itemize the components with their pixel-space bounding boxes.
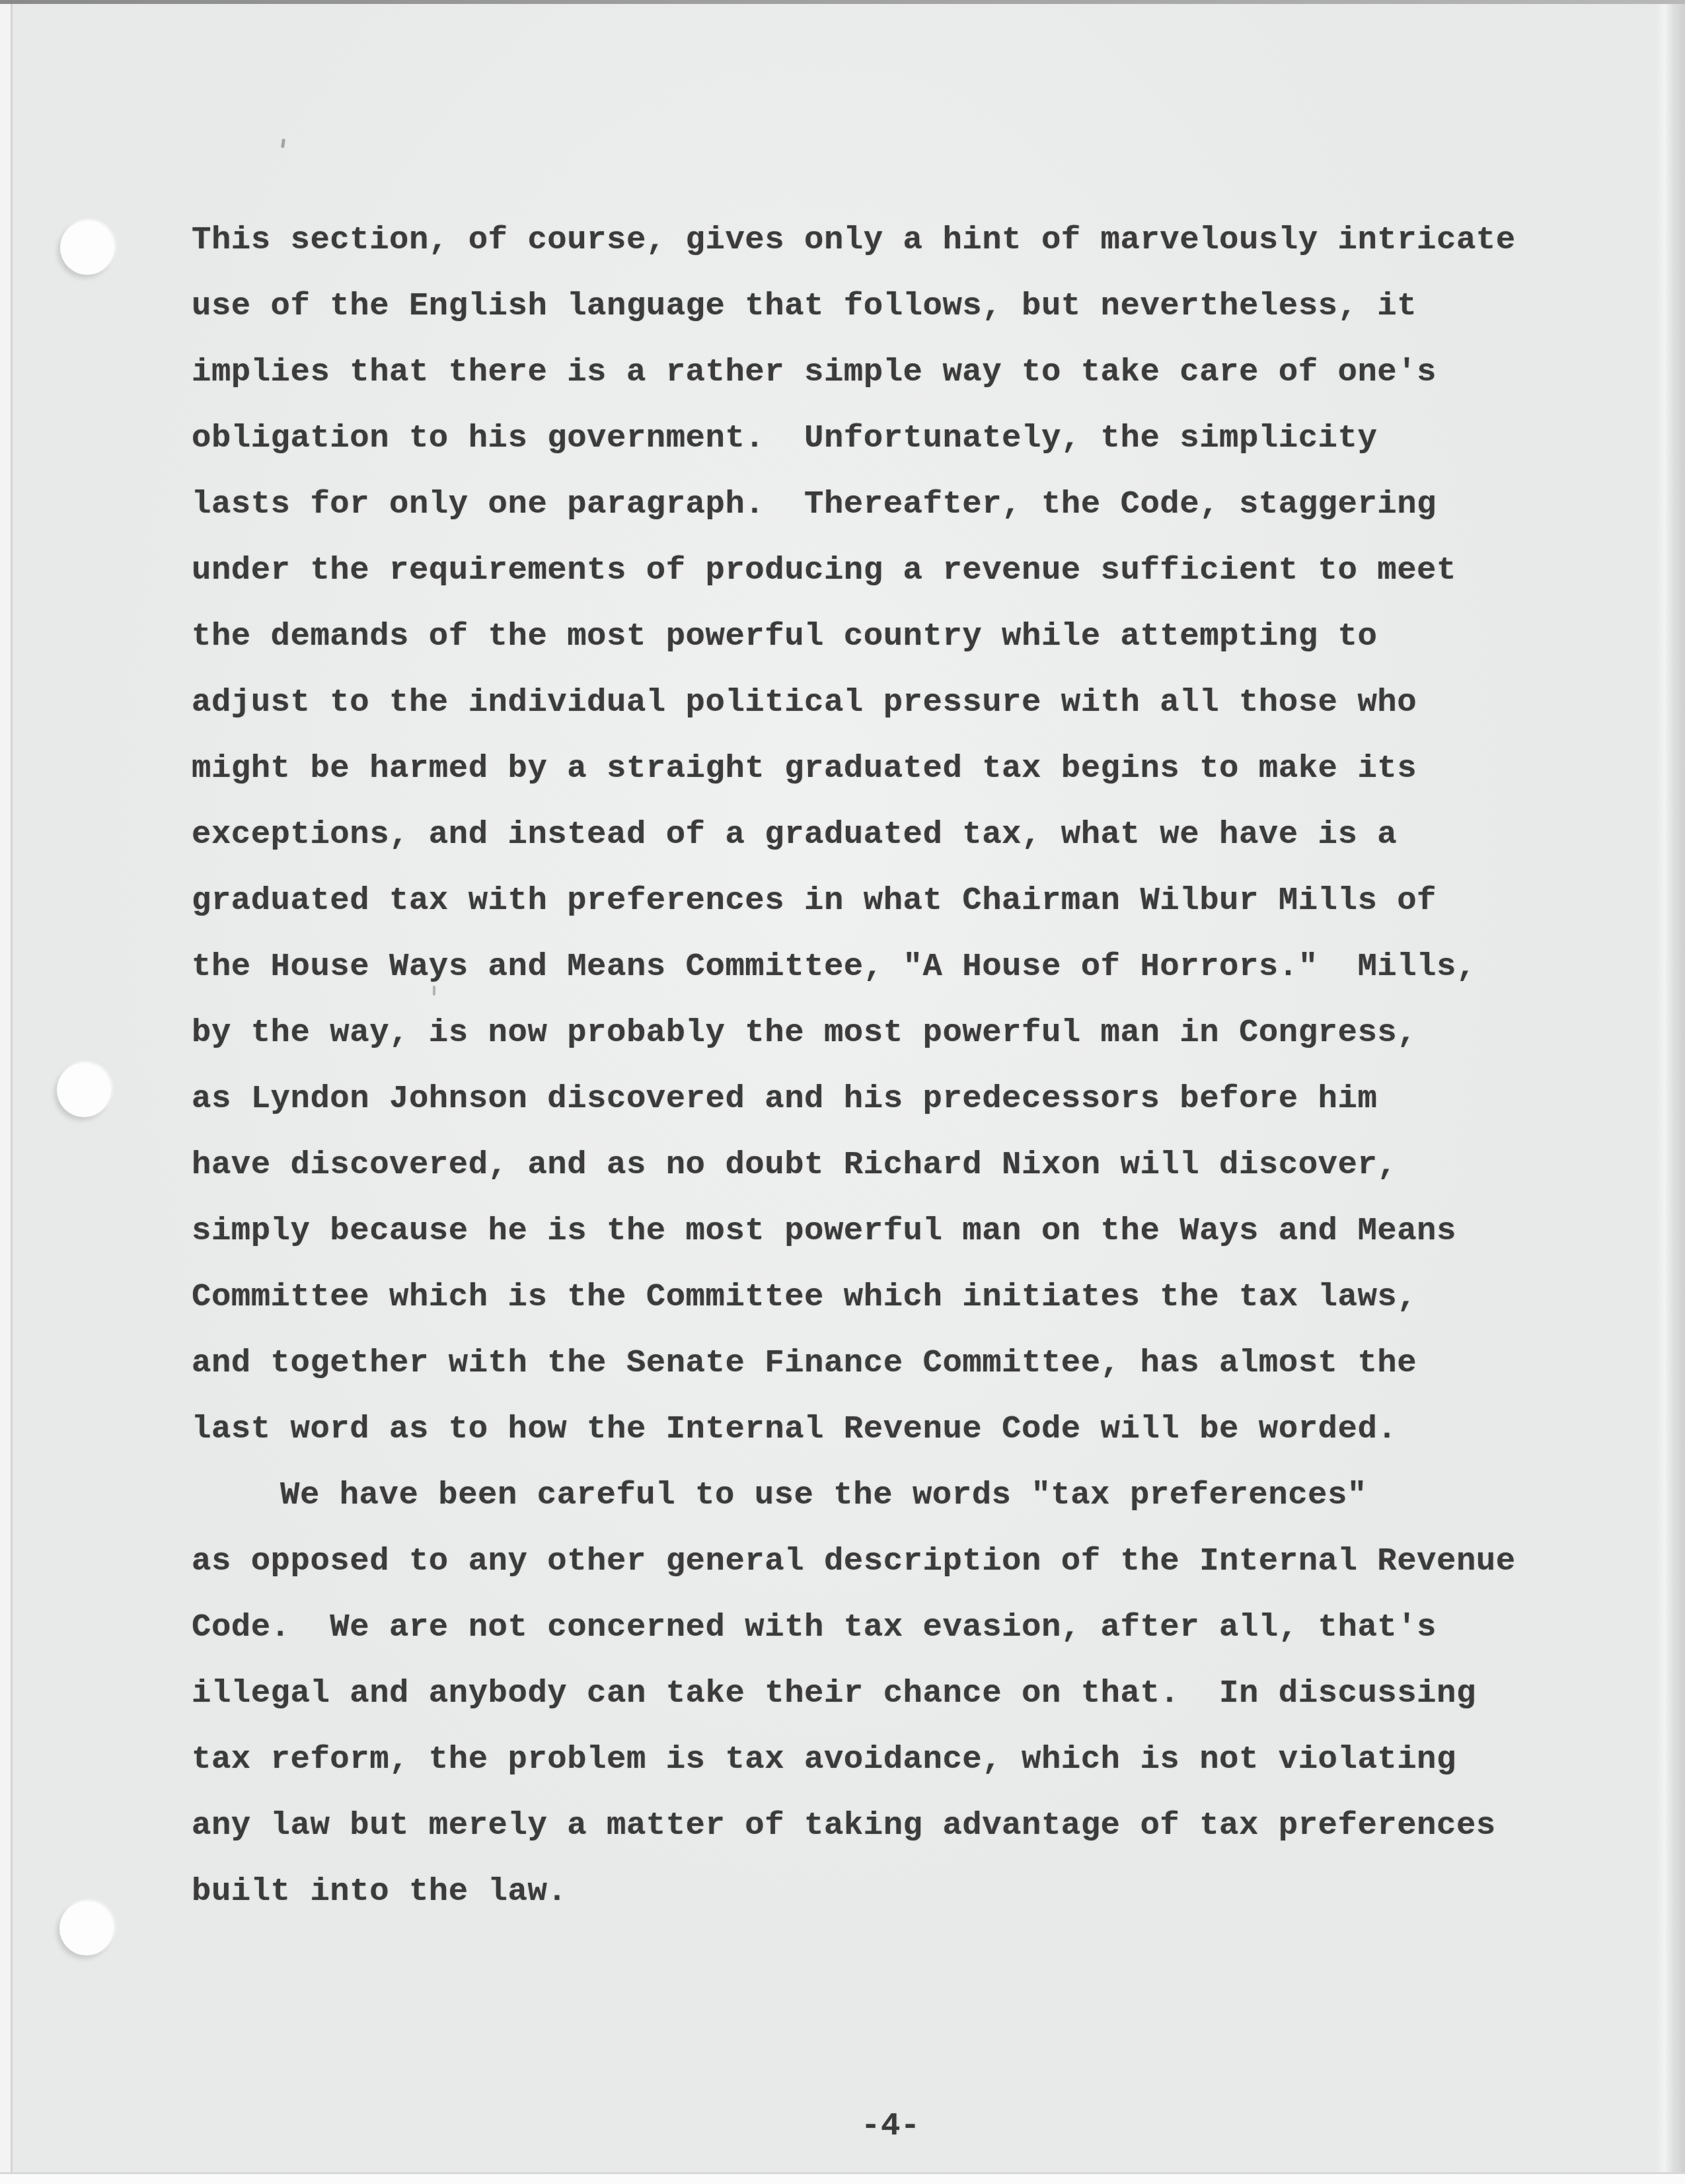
text-line: last word as to how the Internal Revenue… [192,1396,1579,1462]
text-line: built into the law. [192,1858,1579,1924]
hole-punch-top [60,221,114,275]
text-line: exceptions, and instead of a graduated t… [192,801,1579,867]
text-line: Code. We are not concerned with tax evas… [192,1594,1579,1660]
scanner-top-edge [0,0,1685,4]
page-number: -4- [861,2093,920,2159]
scanned-document: { "colors": { "paper": "#e9eaea", "ink":… [0,0,1685,2184]
hole-punch-middle [57,1063,111,1117]
text-line: Committee which is the Committee which i… [192,1264,1579,1330]
text-line: adjust to the individual political press… [192,669,1579,735]
text-line: illegal and anybody can take their chanc… [192,1660,1579,1726]
text-line: use of the English language that follows… [192,273,1579,339]
text-line: simply because he is the most powerful m… [192,1198,1579,1264]
text-line: by the way, is now probably the most pow… [192,1000,1579,1066]
text-line-paragraph-start: We have been careful to use the words "t… [192,1462,1579,1528]
paper-bottom-edge [0,2172,1685,2174]
text-line: the demands of the most powerful country… [192,603,1579,669]
text-line: might be harmed by a straight graduated … [192,735,1579,801]
text-line: as Lyndon Johnson discovered and his pre… [192,1066,1579,1132]
paper-right-edge-shadow [1656,4,1685,2173]
text-line: obligation to his government. Unfortunat… [192,405,1579,471]
text-line: any law but merely a matter of taking ad… [192,1792,1579,1858]
text-line: the House Ways and Means Committee, "A H… [192,933,1579,1000]
text-line: This section, of course, gives only a hi… [192,207,1579,273]
text-line: under the requirements of producing a re… [192,537,1579,603]
text-line: and together with the Senate Finance Com… [192,1330,1579,1396]
hole-punch-bottom [59,1901,114,1955]
text-line: tax reform, the problem is tax avoidance… [192,1726,1579,1792]
text-line: lasts for only one paragraph. Thereafter… [192,471,1579,537]
text-line: as opposed to any other general descript… [192,1528,1579,1594]
text-line: graduated tax with preferences in what C… [192,867,1579,933]
typewritten-text-body: This section, of course, gives only a hi… [192,207,1579,1924]
paper-left-margin [0,4,11,2173]
paper-left-edge-line [11,4,13,2173]
text-line: have discovered, and as no doubt Richard… [192,1132,1579,1198]
text-line: implies that there is a rather simple wa… [192,339,1579,405]
